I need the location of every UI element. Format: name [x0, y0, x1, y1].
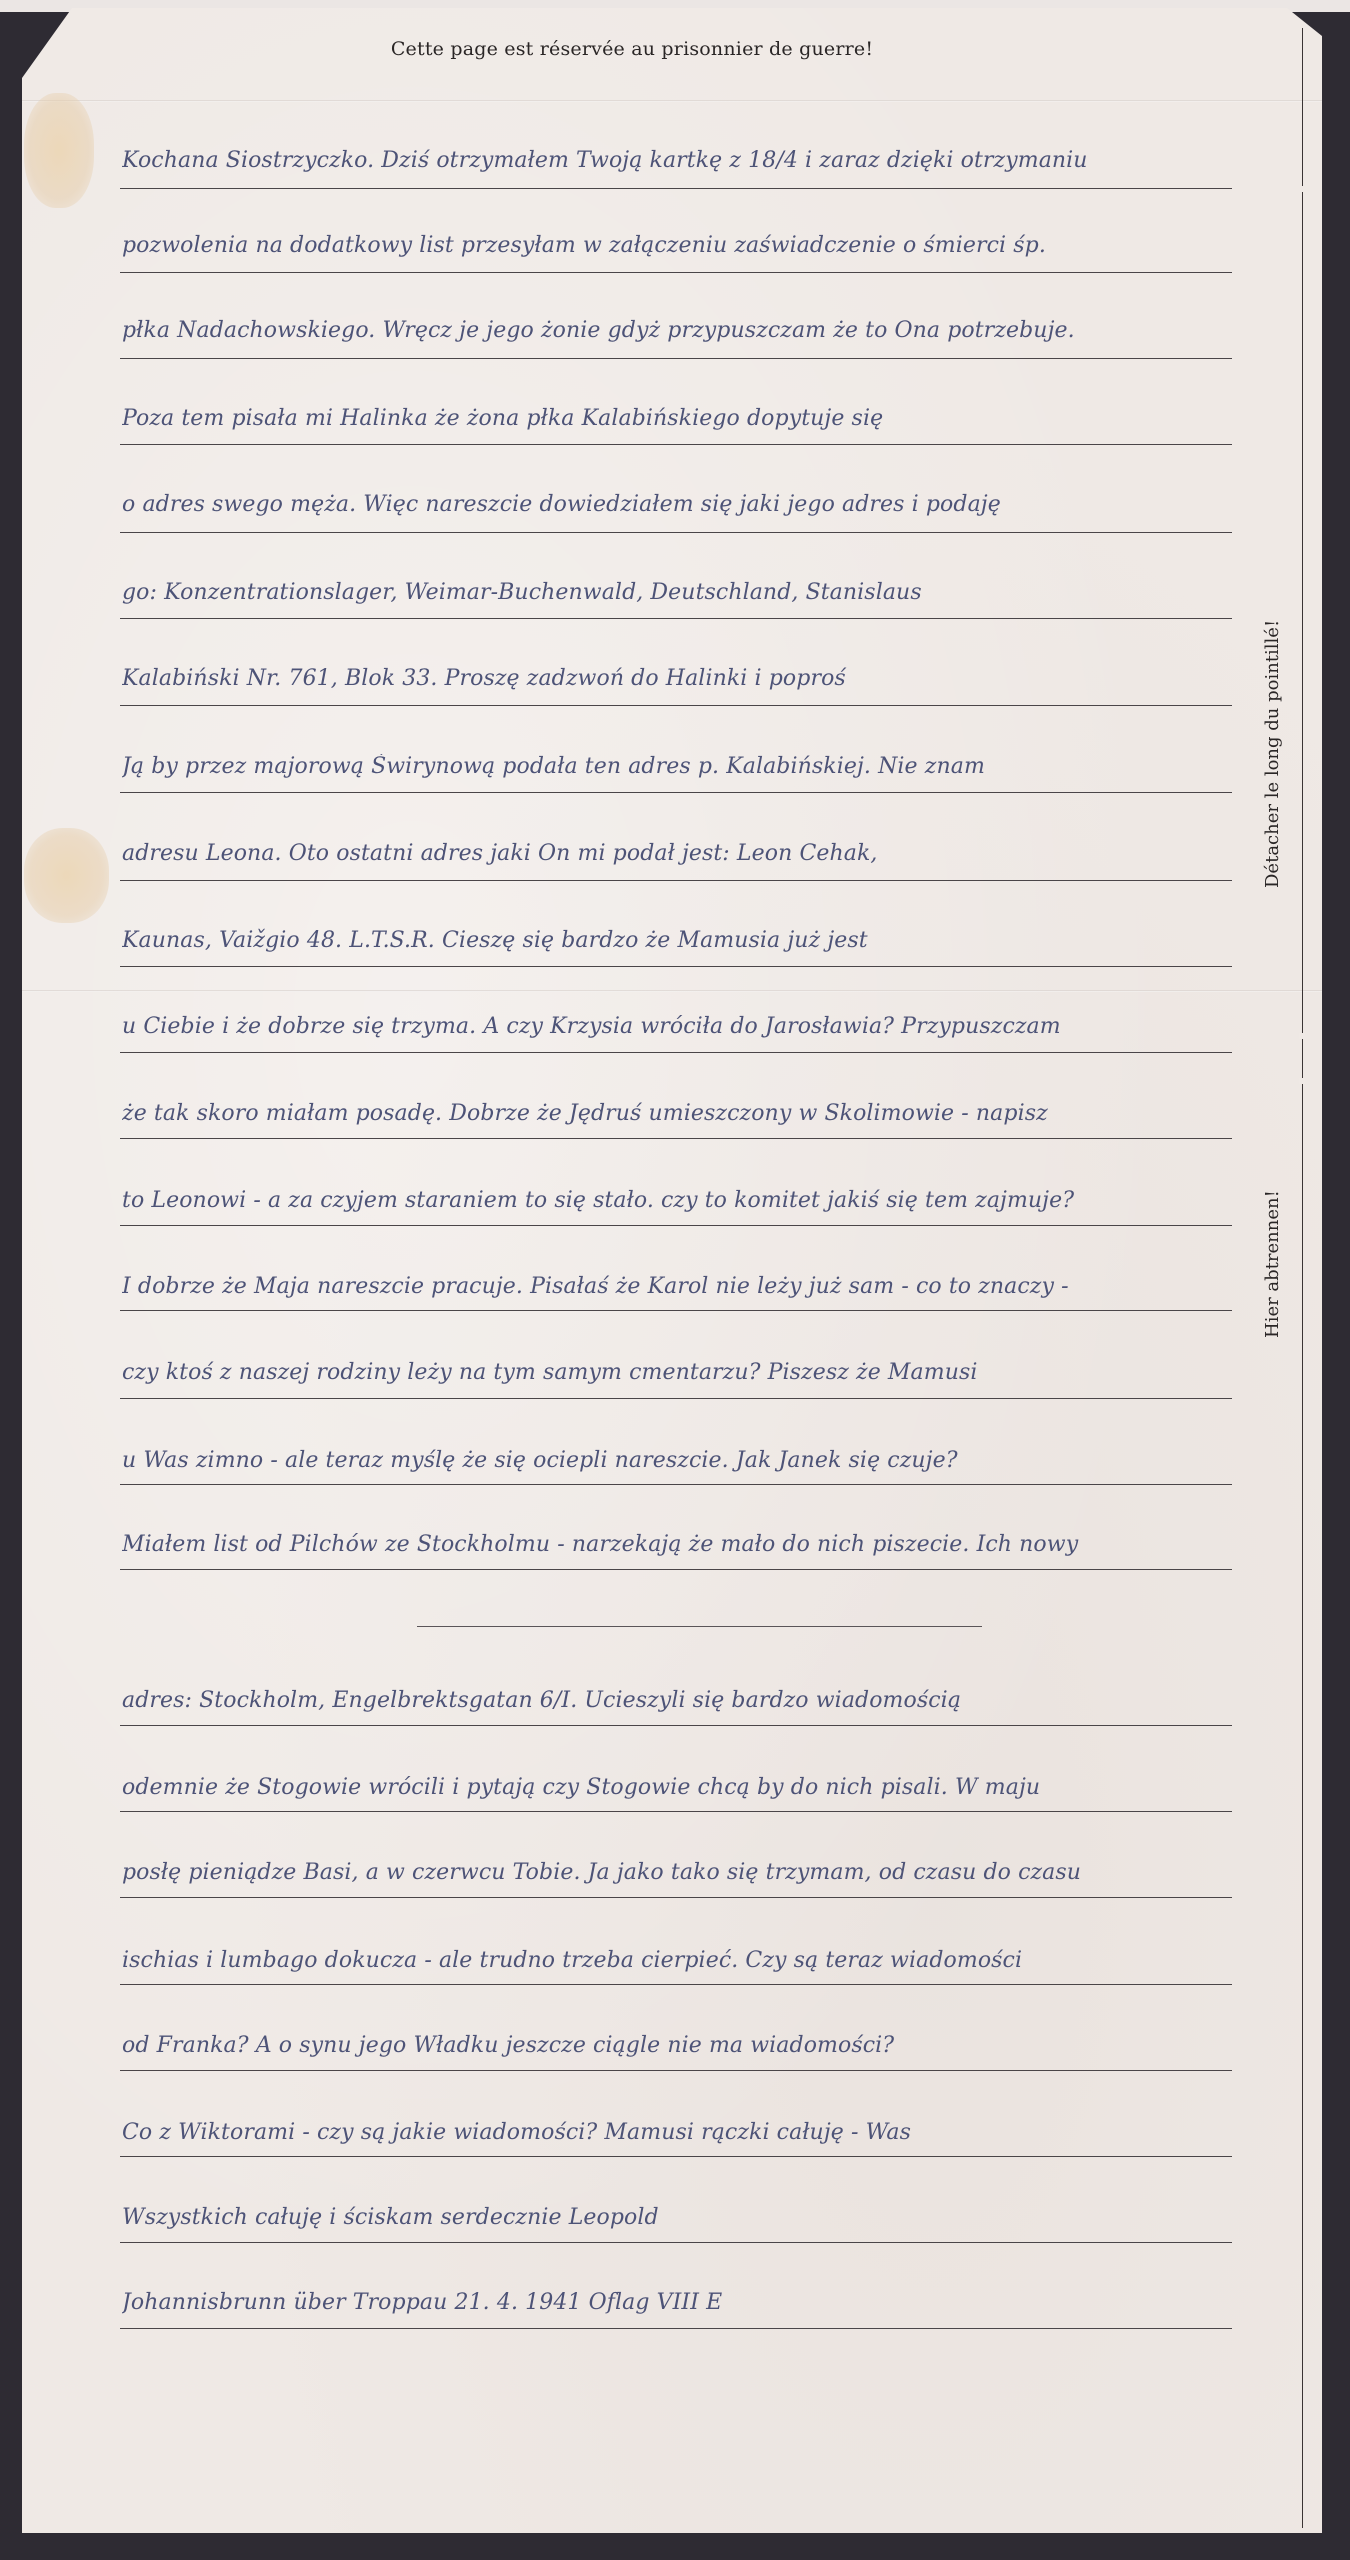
ruled-line: [120, 444, 1232, 445]
ruled-line: [120, 272, 1232, 273]
letter-line: o adres swego męża. Więc nareszcie dowie…: [122, 492, 1232, 517]
ruled-line: [120, 2156, 1232, 2157]
letter-signature-line: Johannisbrunn über Troppau 21. 4. 1941 O…: [122, 2290, 1232, 2315]
letter-line: adres: Stockholm, Engelbrektsgatan 6/I. …: [122, 1688, 1232, 1713]
backdrop-strip: [0, 2540, 1350, 2560]
ruled-line: [120, 532, 1232, 533]
detach-label-french: Détacher le long du pointillé!: [1262, 620, 1283, 888]
letter-line: ischias i lumbago dokucza - ale trudno t…: [122, 1948, 1232, 1973]
ruled-line: [120, 1897, 1232, 1898]
letter-line: odemnie że Stogowie wrócili i pytają czy…: [122, 1775, 1232, 1800]
perforation-gap: [1299, 1033, 1305, 1039]
header-notice: Cette page est réservée au prisonnier de…: [22, 38, 1242, 60]
letter-line: że tak skoro miałam posadę. Dobrze że Ję…: [122, 1101, 1232, 1126]
letter-line: Miałem list od Pilchów ze Stockholmu - n…: [122, 1532, 1232, 1557]
fold-crease-top: [22, 100, 1322, 102]
ruled-line: [120, 1811, 1232, 1812]
letter-line: u Ciebie i że dobrze się trzyma. A czy K…: [122, 1014, 1232, 1039]
ruled-line: [120, 1984, 1232, 1985]
letter-line: to Leonowi - a za czyjem staraniem to si…: [122, 1188, 1232, 1213]
ruled-line: [120, 618, 1232, 619]
ruled-line: [120, 1725, 1232, 1726]
ruled-line: [120, 1310, 1232, 1311]
letter-line: Kaunas, Vaižgio 48. L.T.S.R. Cieszę się …: [122, 928, 1232, 953]
detach-label-german: Hier abtrennen!: [1262, 1190, 1283, 1338]
ruled-line: [120, 966, 1232, 967]
water-stain-top: [24, 93, 94, 208]
ruled-line: [120, 2242, 1232, 2243]
letter-line: Wszystkich całuję i ściskam serdecznie L…: [122, 2205, 1232, 2230]
ruled-line: [120, 1052, 1232, 1053]
ruled-line: [120, 2328, 1232, 2329]
letter-line: adresu Leona. Oto ostatni adres jaki On …: [122, 841, 1232, 866]
letter-line: czy ktoś z naszej rodziny leży na tym sa…: [122, 1360, 1232, 1385]
letter-line: I dobrze że Maja nareszcie pracuje. Pisa…: [122, 1274, 1232, 1299]
letter-line: go: Konzentrationslager, Weimar-Buchenwa…: [122, 580, 1232, 605]
perforation-line: [1302, 28, 1303, 2528]
ruled-line: [120, 1484, 1232, 1485]
letter-line: Kalabiński Nr. 761, Blok 33. Proszę zadz…: [122, 666, 1232, 691]
ruled-line: [120, 1225, 1232, 1226]
short-ruled-line: [417, 1626, 982, 1627]
water-stain-middle: [24, 828, 109, 923]
ruled-line: [120, 1398, 1232, 1399]
perforation-gap: [1299, 186, 1305, 192]
ruled-line: [120, 1569, 1232, 1570]
ruled-line: [120, 705, 1232, 706]
ruled-line: [120, 2070, 1232, 2071]
letter-sheet: Cette page est réservée au prisonnier de…: [22, 8, 1322, 2533]
perforation-gap: [1299, 1078, 1305, 1084]
ruled-line: [120, 188, 1232, 189]
letter-line: u Was zimno - ale teraz myślę że się oci…: [122, 1448, 1232, 1473]
ruled-line: [120, 358, 1232, 359]
letter-line: posłę pieniądze Basi, a w czerwcu Tobie.…: [122, 1860, 1232, 1885]
letter-line: płka Nadachowskiego. Wręcz je jego żonie…: [122, 318, 1232, 343]
ruled-line: [120, 880, 1232, 881]
letter-line: Co z Wiktorami - czy są jakie wiadomości…: [122, 2120, 1232, 2145]
letter-line: Ją by przez majorową Świrynową podała te…: [122, 754, 1232, 779]
fold-crease-middle: [22, 990, 1322, 992]
ruled-line: [120, 792, 1232, 793]
letter-line: pozwolenia na dodatkowy list przesyłam w…: [122, 233, 1232, 258]
ruled-line: [120, 1138, 1232, 1139]
letter-line: Poza tem pisała mi Halinka że żona płka …: [122, 406, 1232, 431]
letter-line: od Franka? A o synu jego Władku jeszcze …: [122, 2033, 1232, 2058]
letter-line: Kochana Siostrzyczko. Dziś otrzymałem Tw…: [122, 148, 1232, 173]
